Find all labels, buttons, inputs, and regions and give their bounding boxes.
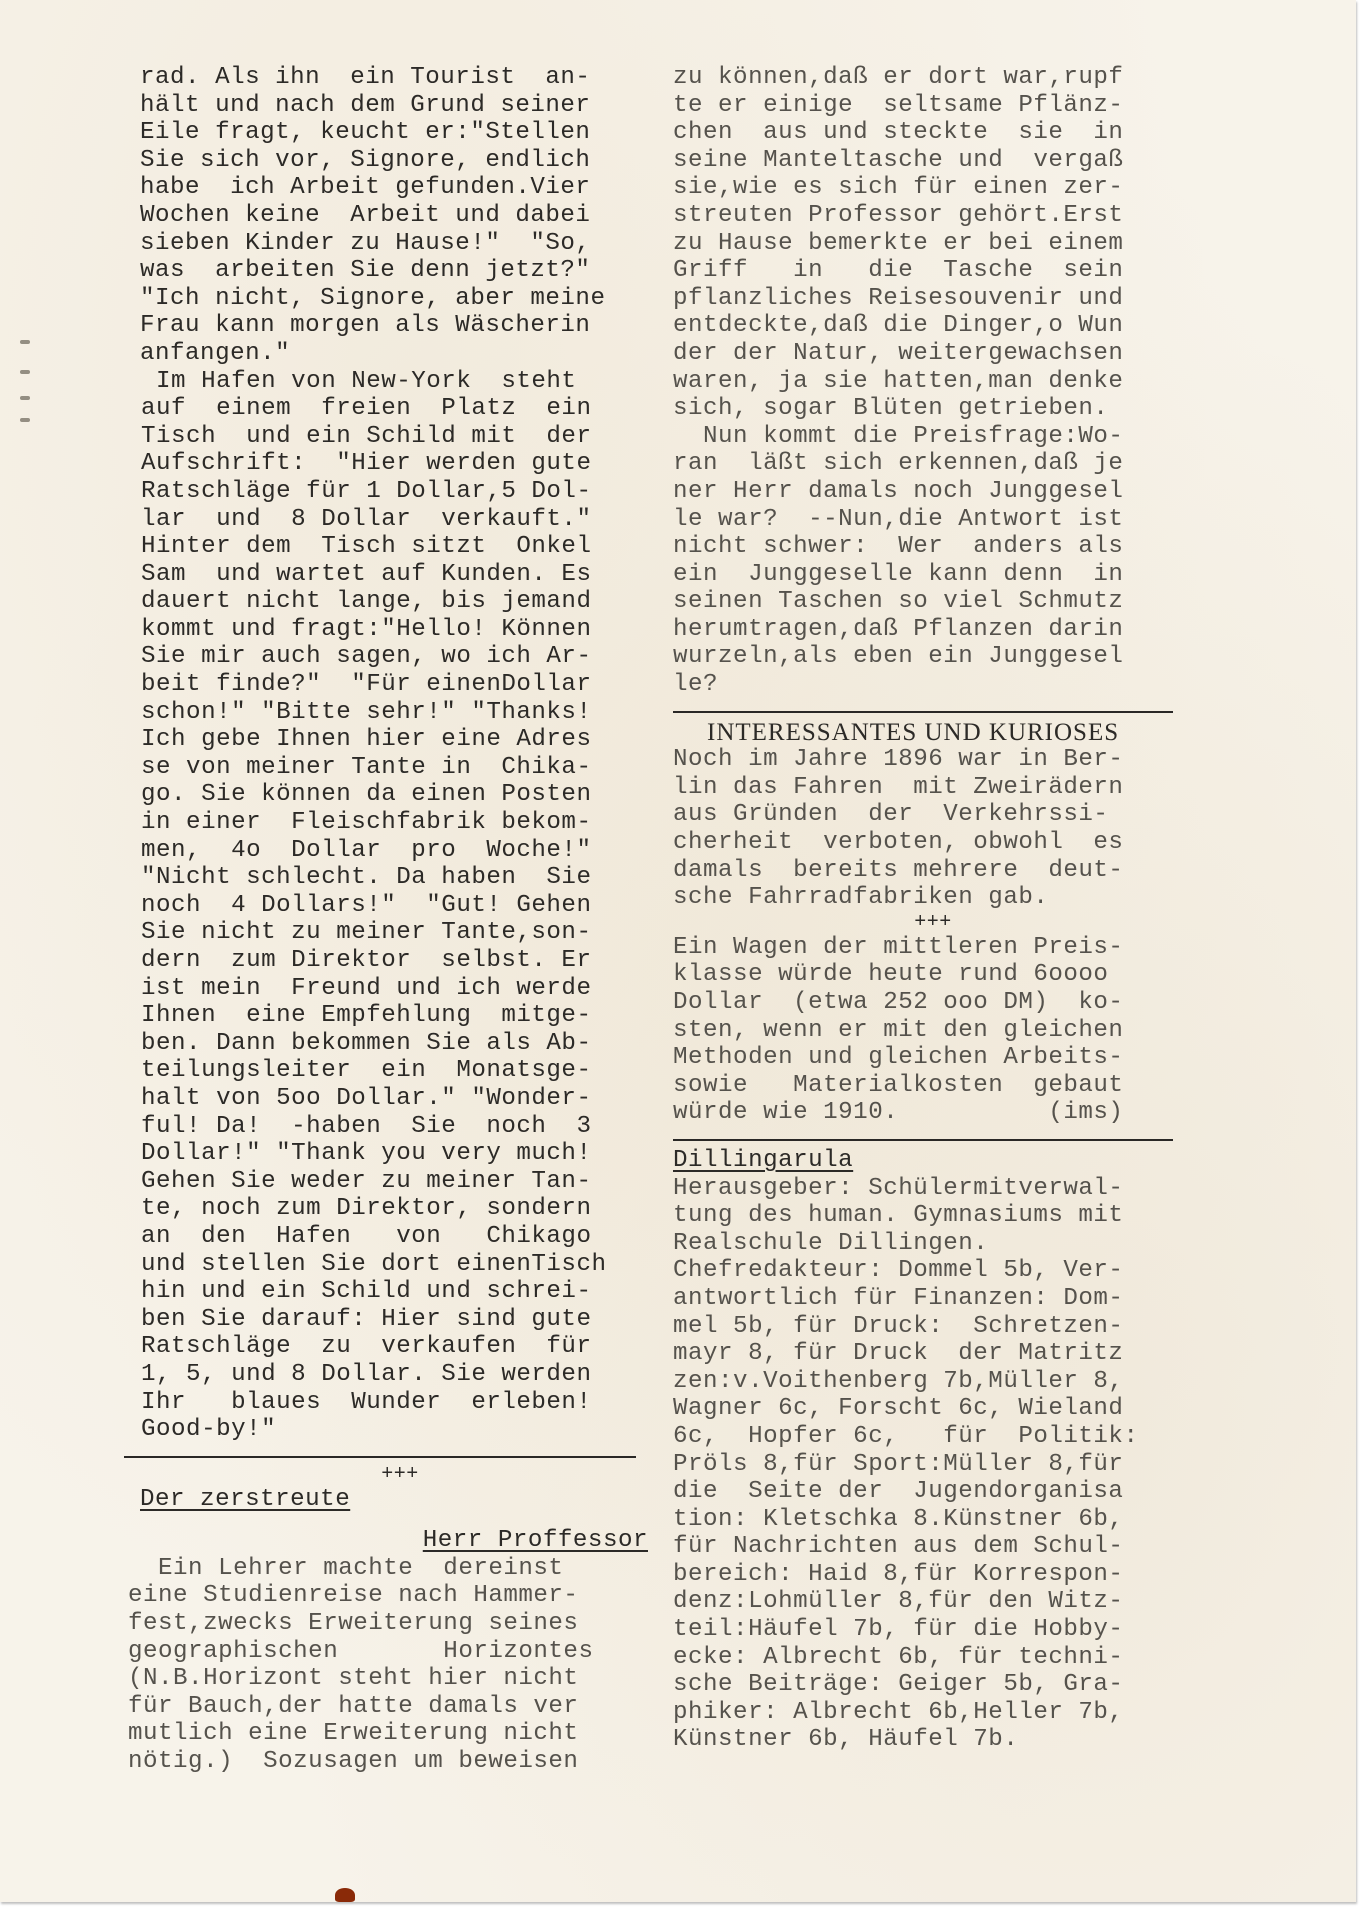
text-line: sche Fahrradfabriken gab.	[673, 884, 1193, 912]
section-heading: INTERESSANTES UND KURIOSES	[673, 719, 1193, 747]
text-line: tion: Kletschka 8.Künstner 6b,	[673, 1506, 1193, 1534]
text-line: Ein Lehrer machte dereinst	[128, 1555, 660, 1583]
text-line: eine Studienreise nach Hammer-	[128, 1582, 660, 1610]
story-continuation: rad. Als ihn ein Tourist an-hält und nac…	[140, 64, 660, 368]
section-divider	[673, 711, 1173, 713]
text-line: Sam und wartet auf Kunden. Es	[126, 561, 660, 589]
text-line: Frau kann morgen als Wäscherin	[140, 312, 660, 340]
right-column: zu können,daß er dort war,rupfte er eini…	[673, 64, 1193, 1754]
text-line: herumtragen,daß Pflanzen darin	[673, 616, 1193, 644]
text-line: geographischen Horizontes	[128, 1638, 660, 1666]
text-line: rad. Als ihn ein Tourist an-	[140, 64, 660, 92]
text-line: beit finde?" "Für einenDollar	[126, 671, 660, 699]
text-line: Ratschläge für 1 Dollar,5 Dol-	[126, 478, 660, 506]
text-line: nötig.) Sozusagen um beweisen	[128, 1748, 660, 1776]
text-line: se von meiner Tante in Chika-	[126, 754, 660, 782]
text-line: ful! Da! -haben Sie noch 3	[126, 1113, 660, 1141]
text-line: denz:Lohmüller 8,für den Witz-	[673, 1588, 1193, 1616]
text-line: ecke: Albrecht 6b, für techni-	[673, 1644, 1193, 1672]
text-line: Tisch und ein Schild mit der	[126, 423, 660, 451]
section-divider	[124, 1456, 636, 1458]
text-line: Hinter dem Tisch sitzt Onkel	[126, 533, 660, 561]
text-line: waren, ja sie hatten,man denke	[673, 368, 1193, 396]
article-title-line2: Herr Proffessor	[140, 1527, 660, 1555]
text-line: Ein Wagen der mittleren Preis-	[673, 934, 1193, 962]
text-line: Dollar (etwa 252 ooo DM) ko-	[673, 989, 1193, 1017]
imprint-title: Dillingarula	[673, 1147, 1193, 1175]
text-line: (N.B.Horizont steht hier nicht	[128, 1665, 660, 1693]
text-line: sowie Materialkosten gebaut	[673, 1072, 1193, 1100]
text-line: teilungsleiter ein Monatsge-	[126, 1057, 660, 1085]
text-line: streuten Professor gehört.Erst	[673, 202, 1193, 230]
text-line: "Nicht schlecht. Da haben Sie	[126, 864, 660, 892]
curiosity-bicycles: Noch im Jahre 1896 war in Ber-lin das Fa…	[673, 746, 1193, 912]
text-line: anfangen."	[140, 340, 660, 368]
text-line: 6c, Hopfer 6c, für Politik:	[673, 1423, 1193, 1451]
text-line: Herausgeber: Schülermitverwal-	[673, 1175, 1193, 1203]
text-line: dern zum Direktor selbst. Er	[126, 947, 660, 975]
text-line: sieben Kinder zu Hause!" "So,	[140, 230, 660, 258]
text-line: sche Beiträge: Geiger 5b, Gra-	[673, 1671, 1193, 1699]
text-line: Good-by!"	[126, 1416, 660, 1444]
text-line: Ihr blaues Wunder erleben!	[126, 1389, 660, 1417]
punch-hole-mark	[20, 396, 30, 400]
text-line: teil:Häufel 7b, für die Hobby-	[673, 1616, 1193, 1644]
text-line: klasse würde heute rund 6oooo	[673, 961, 1193, 989]
text-line: cherheit verboten, obwohl es	[673, 829, 1193, 857]
text-line: Nun kommt die Preisfrage:Wo-	[673, 423, 1193, 451]
text-line: go. Sie können da einen Posten	[126, 781, 660, 809]
text-line: ran läßt sich erkennen,daß je	[673, 450, 1193, 478]
text-line: Chefredakteur: Dommel 5b, Ver-	[673, 1257, 1193, 1285]
section-divider	[673, 1139, 1173, 1141]
punch-hole-mark	[20, 340, 30, 344]
text-line: tung des human. Gymnasiums mit	[673, 1202, 1193, 1230]
article-title-line1: Der zerstreute	[140, 1486, 660, 1514]
text-line: te, noch zum Direktor, sondern	[126, 1195, 660, 1223]
scanned-page: rad. Als ihn ein Tourist an-hält und nac…	[0, 0, 1356, 1902]
text-line: habe ich Arbeit gefunden.Vier	[140, 174, 660, 202]
text-line: 1, 5, und 8 Dollar. Sie werden	[126, 1361, 660, 1389]
text-line: Wagner 6c, Forscht 6c, Wieland	[673, 1395, 1193, 1423]
text-line: ist mein Freund und ich werde	[126, 975, 660, 1003]
text-line: mayr 8, für Druck der Matritz	[673, 1340, 1193, 1368]
text-line: und stellen Sie dort einenTisch	[126, 1251, 660, 1279]
text-line: die Seite der Jugendorganisa	[673, 1478, 1193, 1506]
text-line: ein Junggeselle kann denn in	[673, 561, 1193, 589]
separator-mark: +++	[673, 912, 1193, 934]
text-line: mel 5b, für Druck: Schretzen-	[673, 1313, 1193, 1341]
text-line: zu können,daß er dort war,rupf	[673, 64, 1193, 92]
text-line: Pröls 8,für Sport:Müller 8,für	[673, 1451, 1193, 1479]
text-line: sie,wie es sich für einen zer-	[673, 174, 1193, 202]
text-line: dauert nicht lange, bis jemand	[126, 588, 660, 616]
text-line: noch 4 Dollars!" "Gut! Gehen	[126, 892, 660, 920]
text-line: sten, wenn er mit den gleichen	[673, 1017, 1193, 1045]
rust-stain	[335, 1888, 355, 1902]
text-line: Griff in die Tasche sein	[673, 257, 1193, 285]
text-line: was arbeiten Sie denn jetzt?"	[140, 257, 660, 285]
text-line: fest,zwecks Erweiterung seines	[128, 1610, 660, 1638]
punch-hole-mark	[20, 370, 30, 374]
text-line: ben Sie darauf: Hier sind gute	[126, 1306, 660, 1334]
text-line: mutlich eine Erweiterung nicht	[128, 1720, 660, 1748]
text-line: ner Herr damals noch Junggesel	[673, 478, 1193, 506]
text-line: damals bereits mehrere deut-	[673, 857, 1193, 885]
text-line: auf einem freien Platz ein	[126, 395, 660, 423]
text-line: würde wie 1910. (ims)	[673, 1099, 1193, 1127]
text-line: halt von 5oo Dollar." "Wonder-	[126, 1085, 660, 1113]
text-line: aus Gründen der Verkehrssi-	[673, 801, 1193, 829]
text-line: entdeckte,daß die Dinger,o Wun	[673, 312, 1193, 340]
story-new-york: Im Hafen von New-York steht auf einem fr…	[126, 368, 660, 1444]
article-continuation: zu können,daß er dort war,rupfte er eini…	[673, 64, 1193, 699]
text-line: Eile fragt, keucht er:"Stellen	[140, 119, 660, 147]
text-line: Ratschläge zu verkaufen für	[126, 1333, 660, 1361]
text-line: für Bauch,der hatte damals ver	[128, 1693, 660, 1721]
text-line: zu Hause bemerkte er bei einem	[673, 230, 1193, 258]
text-line: Künstner 6b, Häufel 7b.	[673, 1726, 1193, 1754]
text-line: Noch im Jahre 1896 war in Ber-	[673, 746, 1193, 774]
text-line: Sie nicht zu meiner Tante,son-	[126, 919, 660, 947]
text-line: Wochen keine Arbeit und dabei	[140, 202, 660, 230]
curiosity-car-price: Ein Wagen der mittleren Preis-klasse wür…	[673, 934, 1193, 1127]
text-line: hin und ein Schild und schrei-	[126, 1278, 660, 1306]
text-line: seine Manteltasche und vergaß	[673, 147, 1193, 175]
left-column: rad. Als ihn ein Tourist an-hält und nac…	[140, 64, 660, 1776]
text-line: der der Natur, weitergewachsen	[673, 340, 1193, 368]
text-line: kommt und fragt:"Hello! Können	[126, 616, 660, 644]
text-line: zen:v.Voithenberg 7b,Müller 8,	[673, 1368, 1193, 1396]
text-line: Dollar!" "Thank you very much!	[126, 1140, 660, 1168]
text-line: sich, sogar Blüten getrieben.	[673, 395, 1193, 423]
article-body: Ein Lehrer machte dereinsteine Studienre…	[128, 1555, 660, 1776]
text-line: Aufschrift: "Hier werden gute	[126, 450, 660, 478]
text-line: le war? --Nun,die Antwort ist	[673, 506, 1193, 534]
separator-mark: +++	[140, 1464, 660, 1486]
text-line: lar und 8 Dollar verkauft."	[126, 506, 660, 534]
text-line: antwortlich für Finanzen: Dom-	[673, 1285, 1193, 1313]
text-line: für Nachrichten aus dem Schul-	[673, 1533, 1193, 1561]
text-line: te er einige seltsame Pflänz-	[673, 92, 1193, 120]
text-line: an den Hafen von Chikago	[126, 1223, 660, 1251]
text-line: Realschule Dillingen.	[673, 1230, 1193, 1258]
text-line: Im Hafen von New-York steht	[126, 368, 660, 396]
text-line: chen aus und steckte sie in	[673, 119, 1193, 147]
punch-hole-mark	[20, 418, 30, 422]
text-line: bereich: Haid 8,für Korrespon-	[673, 1561, 1193, 1589]
text-line: Sie sich vor, Signore, endlich	[140, 147, 660, 175]
text-line: "Ich nicht, Signore, aber meine	[140, 285, 660, 313]
text-line: seinen Taschen so viel Schmutz	[673, 588, 1193, 616]
text-line: Sie mir auch sagen, wo ich Ar-	[126, 643, 660, 671]
text-line: schon!" "Bitte sehr!" "Thanks!	[126, 699, 660, 727]
text-line: men, 4o Dollar pro Woche!"	[126, 837, 660, 865]
text-line: Gehen Sie weder zu meiner Tan-	[126, 1168, 660, 1196]
text-line: pflanzliches Reisesouvenir und	[673, 285, 1193, 313]
text-line: lin das Fahren mit Zweirädern	[673, 774, 1193, 802]
text-line: Ich gebe Ihnen hier eine Adres	[126, 726, 660, 754]
text-line: ben. Dann bekommen Sie als Ab-	[126, 1030, 660, 1058]
text-line: hält und nach dem Grund seiner	[140, 92, 660, 120]
text-line: Ihnen eine Empfehlung mitge-	[126, 1002, 660, 1030]
imprint-body: Herausgeber: Schülermitverwal-tung des h…	[673, 1175, 1193, 1754]
text-line: phiker: Albrecht 6b,Heller 7b,	[673, 1699, 1193, 1727]
text-line: wurzeln,als eben ein Junggesel	[673, 643, 1193, 671]
text-line: nicht schwer: Wer anders als	[673, 533, 1193, 561]
text-line: Methoden und gleichen Arbeits-	[673, 1044, 1193, 1072]
text-line: le?	[673, 671, 1193, 699]
text-line: in einer Fleischfabrik bekom-	[126, 809, 660, 837]
